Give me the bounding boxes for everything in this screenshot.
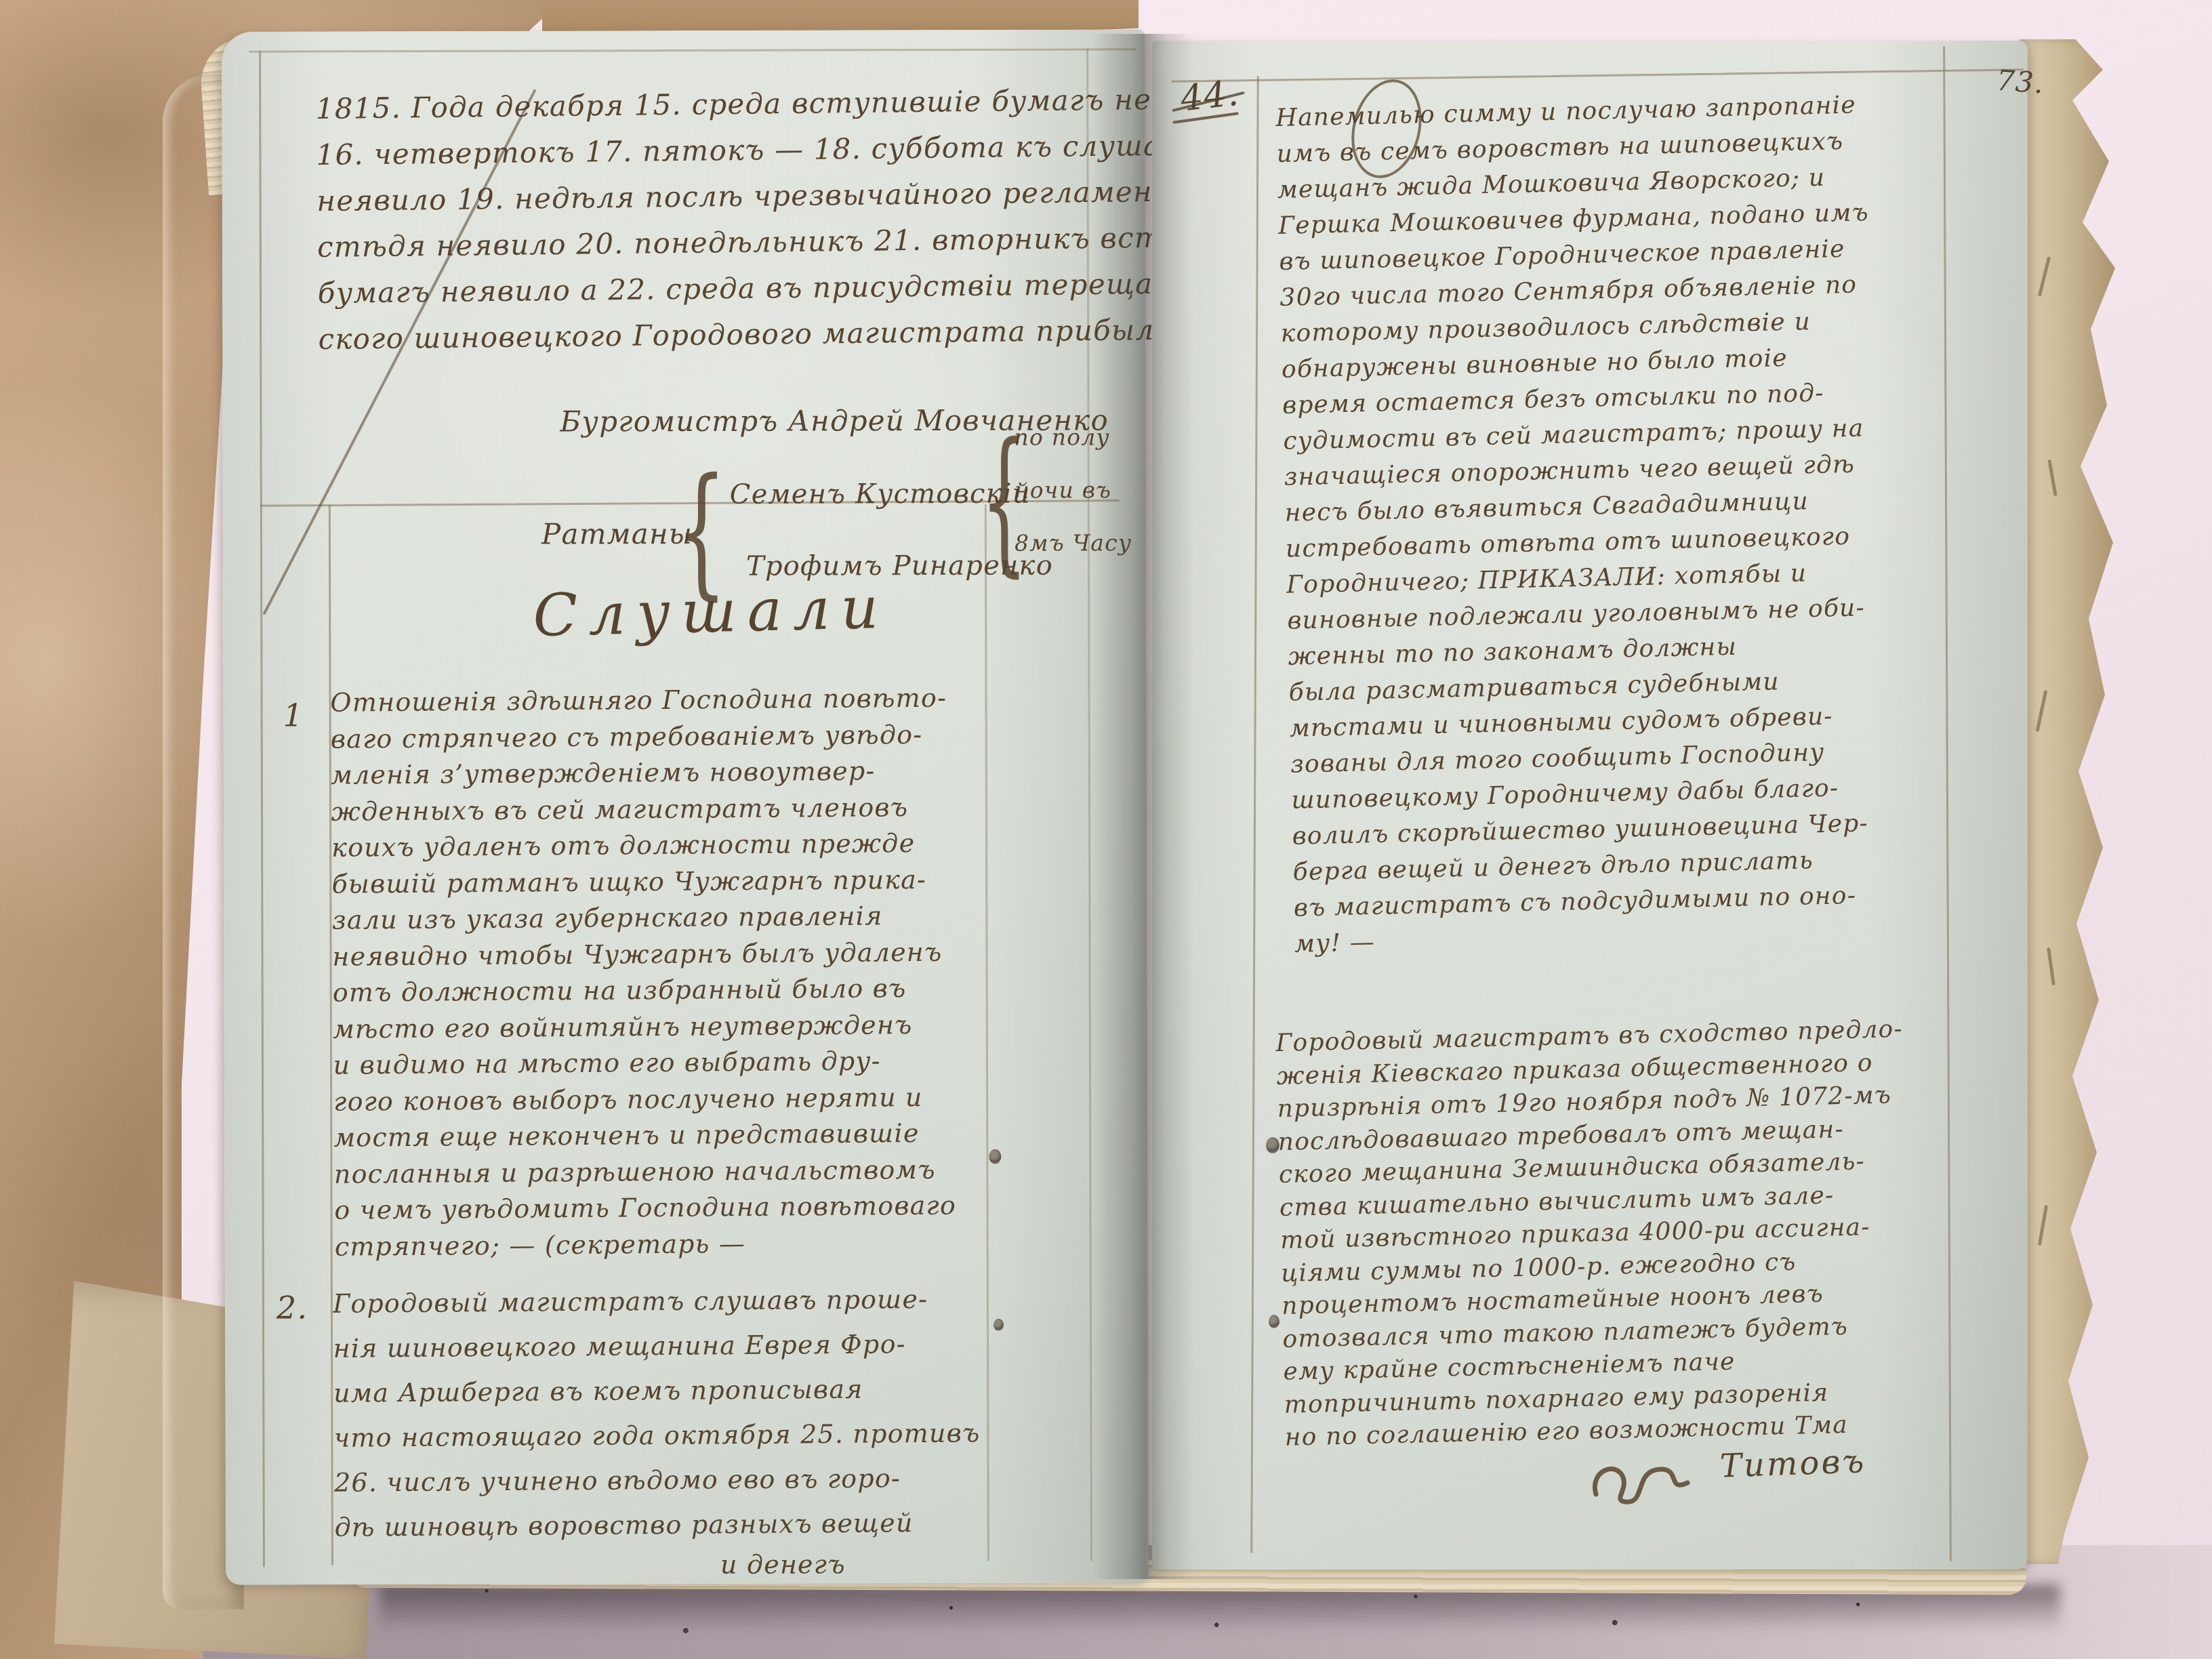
edge-ink-trace	[2038, 256, 2051, 296]
manuscript-line: жденныхъ въ сей магистратъ членовъ	[331, 789, 954, 830]
rule-line-top	[1171, 68, 2024, 83]
resolution-text-1: Напемилью симму и послучаю запропаніе им…	[1275, 87, 1885, 962]
manuscript-line: има Аршберга въ коемъ прописывая	[333, 1366, 980, 1415]
manuscript-line: что настоящаго года октября 25. противъ	[333, 1410, 980, 1460]
rule-line-number-column	[1250, 76, 1259, 1553]
rule-line-right-margin	[1943, 46, 1952, 1561]
paper-hole	[1266, 1137, 1279, 1153]
ratmany-label: Ратманы	[541, 517, 693, 551]
manuscript-line: о чемъ увѣдомить Господина повѣтоваго	[334, 1188, 956, 1229]
manuscript-line: мѣсто его войнитяйнъ неутвержденъ	[333, 1006, 955, 1048]
manuscript-line: Городовый магистратъ слушавъ проше-	[333, 1276, 979, 1326]
edge-ink-trace	[2047, 459, 2057, 496]
manuscript-line: гого коновъ выборъ послучено неряти и	[333, 1079, 956, 1120]
item-number: 2.	[276, 1289, 308, 1326]
manuscript-line: бывшій ратманъ ищко Чужгарнъ прика-	[331, 861, 954, 903]
manuscript-line: коихъ удаленъ отъ должности прежде	[331, 825, 954, 867]
manuscript-line: дѣ шиновцѣ воровство разныхъ вещей	[334, 1500, 981, 1549]
edge-ink-trace	[2036, 690, 2048, 732]
manuscript-line: нія шиновецкого мещанина Еврея Фро-	[333, 1321, 979, 1370]
edge-ink-trace	[2047, 947, 2055, 985]
manuscript-line: неявидно чтобы Чужгарнъ былъ удаленъ	[332, 934, 954, 975]
book-gutter-shadow	[1092, 34, 1194, 1579]
manuscript-line: ваго стряпчего съ требованіемъ увѣдо-	[331, 716, 953, 758]
section-heading: Слушали	[446, 572, 976, 652]
rule-line-top	[249, 48, 1136, 52]
manuscript-line: 26. числъ учинено вѣдомо ево въ горо-	[334, 1455, 981, 1504]
paper-hole	[989, 1149, 1001, 1164]
left-page: 1815. Года декабря 15. среда вступившіе …	[222, 29, 1149, 1585]
rule-line-left-margin	[259, 51, 265, 1568]
manuscript-line: мленія з’утвержденіемъ новоутвер-	[331, 753, 953, 794]
item2-tail-word: и денегъ	[720, 1549, 846, 1579]
edge-ink-trace	[2038, 1205, 2048, 1246]
manuscript-line: зали изъ указа губернскаго правленія	[332, 898, 954, 939]
manuscript-line: и видимо на мѣсто его выбрать дру-	[333, 1043, 955, 1084]
manuscript-line: посланныя и разрѣшеною начальствомъ	[334, 1151, 956, 1193]
signature-flourish	[1586, 1430, 1735, 1511]
item2-text: Городовый магистратъ слушавъ проше- нія …	[333, 1276, 981, 1549]
resolution-text-2: Городовый магистратъ въ сходство предло-…	[1275, 1013, 1912, 1454]
manuscript-line: мостя еще неконченъ и представившіе	[333, 1115, 956, 1157]
right-page: 44. 73. Напемилью симму и послучаю запро…	[1152, 41, 2028, 1570]
paper-hole	[994, 1319, 1004, 1331]
manuscript-line: отъ должности на избранный было въ	[333, 970, 955, 1012]
rule-line-right-inner	[985, 504, 989, 1561]
manuscript-line: Отношенія здѣшняго Господина повѣто-	[330, 680, 952, 722]
manuscript-line: стряпчего; — (секретарь —	[335, 1224, 957, 1265]
item-number: 1	[283, 697, 304, 733]
item1-text: Отношенія здѣшняго Господина повѣто- ваг…	[330, 680, 956, 1265]
paper-hole	[1269, 1315, 1279, 1328]
page-number: 73.	[1995, 64, 2045, 100]
torn-following-pages	[2020, 39, 2121, 1564]
signature-name: Титовъ	[1719, 1442, 1866, 1485]
